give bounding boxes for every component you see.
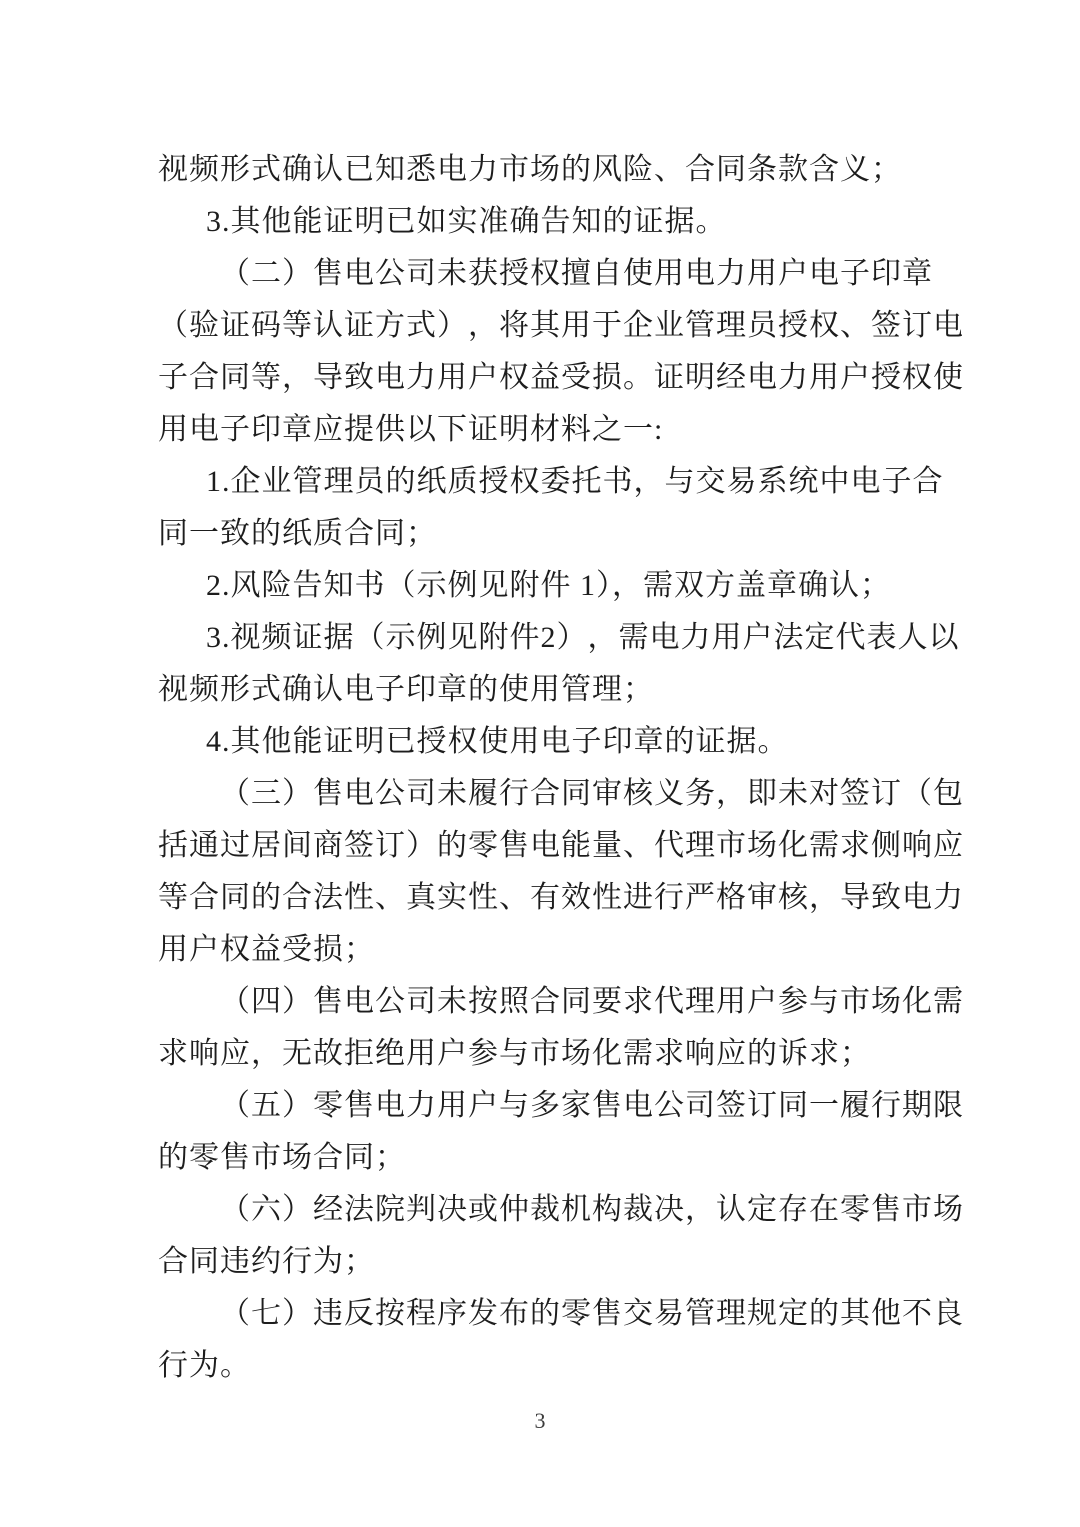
text-line: （七）违反按程序发布的零售交易管理规定的其他不良: [158, 1288, 930, 1340]
text-line: （验证码等认证方式），将其用于企业管理员授权、签订电: [158, 300, 930, 352]
text-line: 行为。: [158, 1340, 930, 1392]
text-line: 3.视频证据（示例见附件 2），需电力用户法定代表人以: [158, 612, 930, 664]
text-line: 用户权益受损；: [158, 924, 930, 976]
text-line: 用电子印章应提供以下证明材料之一:: [158, 404, 930, 456]
text-line: 括通过居间商签订）的零售电能量、代理市场化需求侧响应: [158, 820, 930, 872]
text-line: （三）售电公司未履行合同审核义务，即未对签订（包: [158, 768, 930, 820]
text-line: 3.其他能证明已如实准确告知的证据。: [158, 196, 930, 248]
text-block: 视频形式确认已知悉电力市场的风险、合同条款含义；3.其他能证明已如实准确告知的证…: [158, 144, 930, 1392]
text-line: （四）售电公司未按照合同要求代理用户参与市场化需: [158, 976, 930, 1028]
text-line: （五）零售电力用户与多家售电公司签订同一履行期限: [158, 1080, 930, 1132]
text-line: 合同违约行为；: [158, 1236, 930, 1288]
text-line: 同一致的纸质合同；: [158, 508, 930, 560]
text-line: 子合同等，导致电力用户权益受损。证明经电力用户授权使: [158, 352, 930, 404]
text-line: 等合同的合法性、真实性、有效性进行严格审核，导致电力: [158, 872, 930, 924]
text-line: 视频形式确认电子印章的使用管理；: [158, 664, 930, 716]
text-line: （六）经法院判决或仲裁机构裁决，认定存在零售市场: [158, 1184, 930, 1236]
text-line: 2.风险告知书（示例见附件 1），需双方盖章确认；: [158, 560, 930, 612]
text-line: 视频形式确认已知悉电力市场的风险、合同条款含义；: [158, 144, 930, 196]
text-line: 的零售市场合同；: [158, 1132, 930, 1184]
document-page: 视频形式确认已知悉电力市场的风险、合同条款含义；3.其他能证明已如实准确告知的证…: [0, 0, 1080, 1527]
text-line: 求响应，无故拒绝用户参与市场化需求响应的诉求；: [158, 1028, 930, 1080]
text-line: 4.其他能证明已授权使用电子印章的证据。: [158, 716, 930, 768]
text-line: 1.企业管理员的纸质授权委托书，与交易系统中电子合: [158, 456, 930, 508]
page-number: 3: [0, 1406, 1080, 1436]
text-line: （二）售电公司未获授权擅自使用电力用户电子印章: [158, 248, 930, 300]
